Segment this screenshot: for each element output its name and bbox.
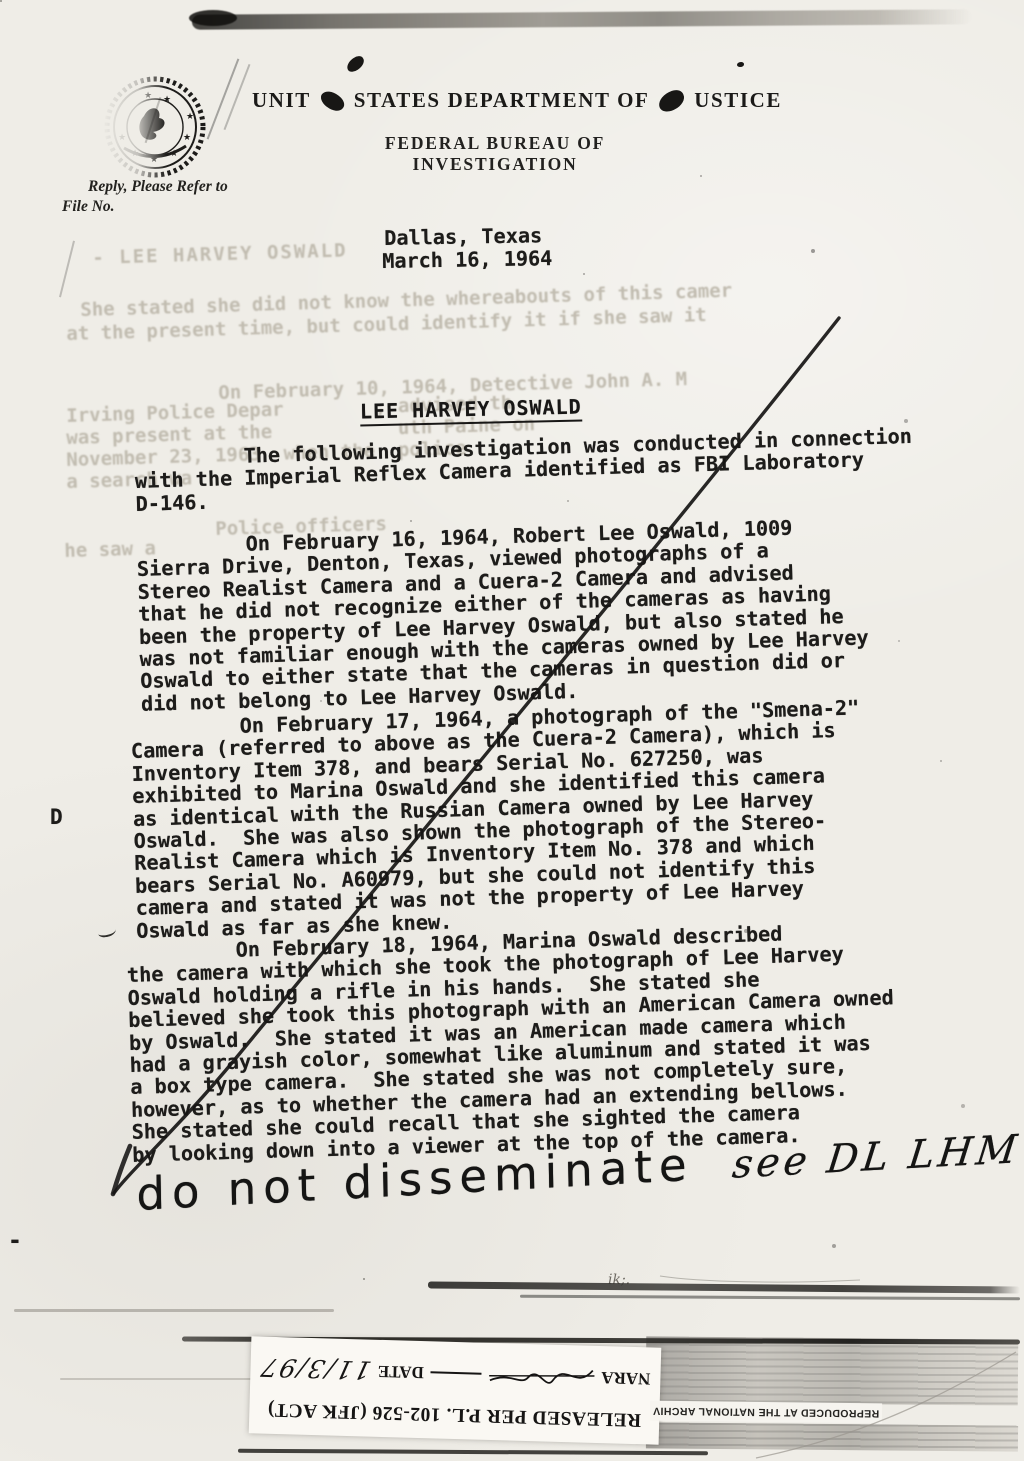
pen-mark xyxy=(97,925,116,938)
svg-text:★: ★ xyxy=(186,112,194,122)
body-paragraph-3: On February 17, 1964, a photograph of th… xyxy=(130,696,866,942)
scan-smudge-blob xyxy=(189,10,237,26)
crease-line xyxy=(660,1276,860,1282)
svg-text:★: ★ xyxy=(163,95,171,105)
svg-text:★: ★ xyxy=(183,133,191,143)
ink-blot-icon xyxy=(318,87,347,115)
scan-texture-band xyxy=(646,1336,1019,1405)
dept-mid-text: STATES DEPARTMENT OF xyxy=(354,88,650,113)
margin-dash: - xyxy=(8,1230,22,1252)
fold-line xyxy=(59,241,75,298)
ghost-line: - LEE HARVEY OSWALD xyxy=(92,239,348,269)
nara-release-stamp: RELEASED PER P.L. 102-526 (JFK ACT) NARA… xyxy=(249,1336,662,1444)
dept-prefix-text: UNIT xyxy=(252,88,311,113)
file-no-label: File No. xyxy=(62,198,115,216)
margin-letter-d: D xyxy=(50,806,63,828)
subject-title: LEE HARVEY OSWALD xyxy=(360,394,582,426)
date-label: DATE xyxy=(378,1361,425,1382)
date-line: March 16, 1964 xyxy=(382,247,553,272)
released-line: RELEASED PER P.L. 102-526 (JFK ACT) xyxy=(249,1398,659,1431)
body-paragraph-4: On February 18, 1964, Marina Oswald desc… xyxy=(126,919,898,1166)
fold-line xyxy=(224,64,251,130)
ink-blot-icon xyxy=(737,62,744,67)
scan-streak xyxy=(14,1309,334,1312)
handwritten-date: 11/3/97 xyxy=(257,1353,374,1385)
bureau-line: FEDERAL BUREAU OF INVESTIGATION xyxy=(330,133,660,175)
ink-blot-icon xyxy=(656,87,688,115)
scan-streak xyxy=(428,1281,1020,1293)
signature-rule xyxy=(431,1371,481,1374)
strike-tail-stroke xyxy=(113,1146,130,1194)
reply-note: Reply, Please Refer to xyxy=(88,178,228,196)
scan-streak xyxy=(238,1449,708,1455)
body-paragraph-2: On February 16, 1964, Robert Lee Oswald,… xyxy=(136,514,870,715)
fbi-seal-icon: ★★ ★★ ★★ ★★ xyxy=(100,74,214,182)
signature-icon xyxy=(488,1357,595,1394)
ink-blot-icon xyxy=(344,54,366,75)
dept-suffix-text: USTICE xyxy=(694,88,782,113)
archive-strip: REPRODUCED AT THE NATIONAL ARCHIV xyxy=(650,1401,882,1424)
department-title-line: UNIT STATES DEPARTMENT OF USTICE xyxy=(252,88,782,113)
nara-label: NARA xyxy=(601,1367,651,1388)
scan-texture-band xyxy=(646,1422,1018,1451)
svg-text:★: ★ xyxy=(118,133,126,143)
nara-signature-row: NARA DATE 11/3/97 xyxy=(250,1350,661,1395)
svg-text:★: ★ xyxy=(144,91,152,101)
scan-streak xyxy=(520,1295,1020,1301)
paper-specks xyxy=(0,0,2,2)
scan-smudge-top xyxy=(192,9,972,29)
scanned-document-page: ★★ ★★ ★★ ★★ UNIT STATES DEPARTMENT OF US… xyxy=(0,0,1024,1461)
